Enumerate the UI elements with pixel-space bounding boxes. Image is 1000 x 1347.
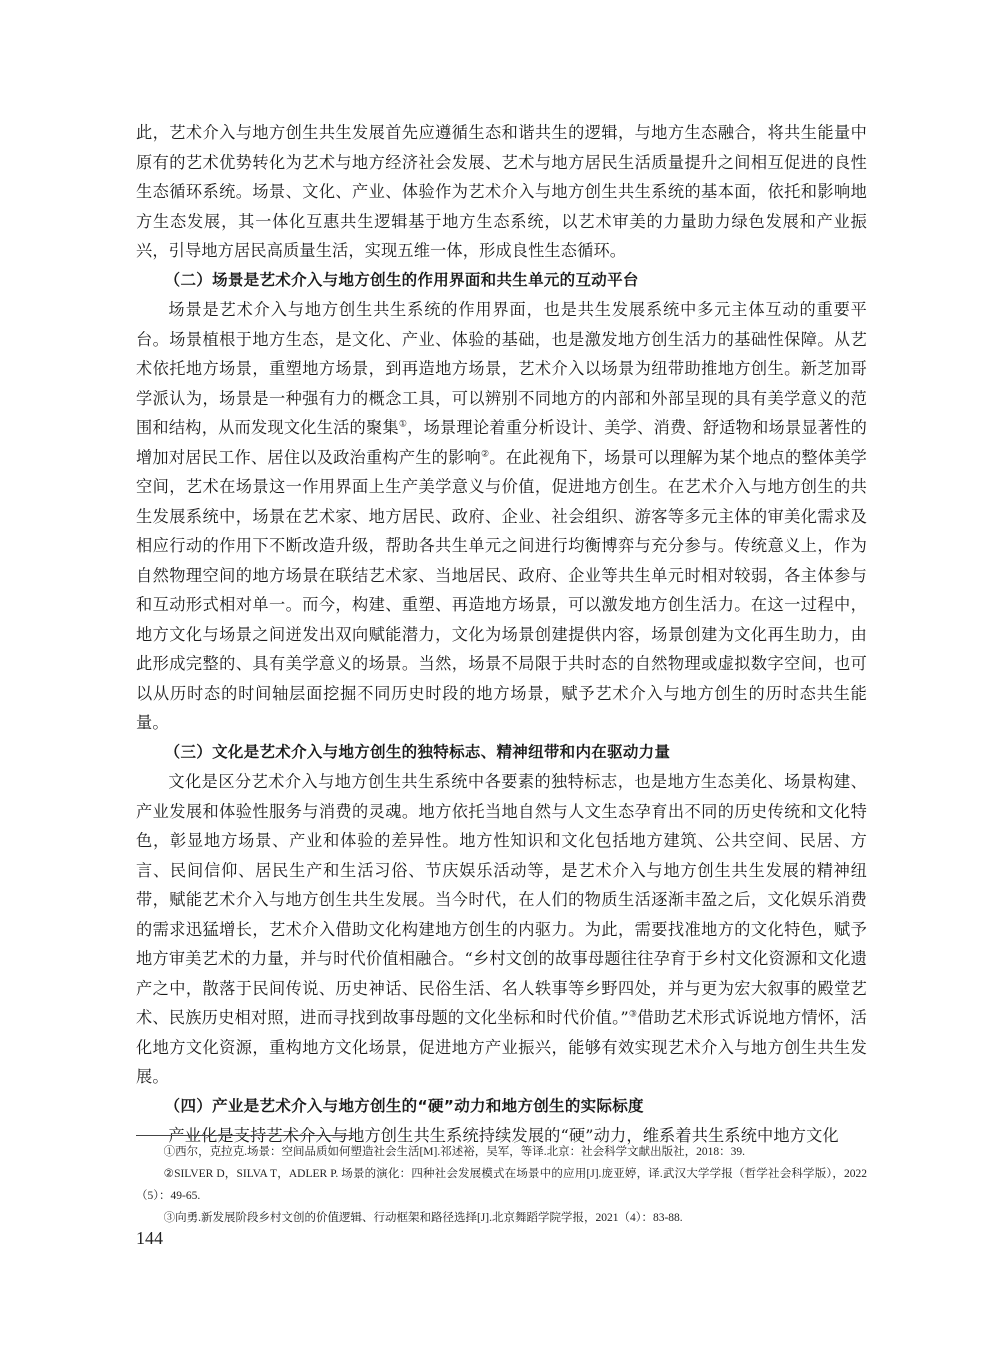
page-body: 此，艺术介入与地方创生共生发展首先应遵循生态和谐共生的逻辑，与地方生态融合，将共…	[136, 118, 867, 1151]
footnote-2: ②SILVER D，SILVA T，ADLER P. 场景的演化：四种社会发展模…	[136, 1163, 867, 1207]
footnote-1: ①西尔，克拉克.场景：空间品质如何塑造社会生活[M].祁述裕，吴军，等译.北京：…	[136, 1141, 867, 1163]
text-span: 。在此视角下，场景可以理解为某个地点的整体美学空间，艺术在场景这一作用界面上生产…	[136, 448, 867, 733]
paragraph-scene: 场景是艺术介入与地方创生共生系统的作用界面，也是共生发展系统中多元主体互动的重要…	[136, 295, 867, 738]
footnote-ref-3[interactable]: ③	[629, 1010, 637, 1020]
section-heading-3: （三）文化是艺术介入与地方创生的独特标志、精神纽带和内在驱动力量	[136, 738, 867, 768]
paragraph-culture: 文化是区分艺术介入与地方创生共生系统中各要素的独特标志，也是地方生态美化、场景构…	[136, 767, 867, 1092]
footnote-divider	[136, 1135, 354, 1136]
footnotes: ①西尔，克拉克.场景：空间品质如何塑造社会生活[M].祁述裕，吴军，等译.北京：…	[136, 1141, 867, 1229]
text-span: 文化是区分艺术介入与地方创生共生系统中各要素的独特标志，也是地方生态美化、场景构…	[136, 772, 867, 1027]
text-span: 场景是艺术介入与地方创生共生系统的作用界面，也是共生发展系统中多元主体互动的重要…	[136, 300, 867, 437]
footnote-ref-1[interactable]: ①	[399, 420, 407, 430]
paragraph-continued: 此，艺术介入与地方创生共生发展首先应遵循生态和谐共生的逻辑，与地方生态融合，将共…	[136, 118, 867, 266]
footnote-3: ③向勇.新发展阶段乡村文创的价值逻辑、行动框架和路径选择[J].北京舞蹈学院学报…	[136, 1207, 867, 1229]
section-heading-2: （二）场景是艺术介入与地方创生的作用界面和共生单元的互动平台	[136, 266, 867, 296]
page-number: 144	[136, 1228, 163, 1249]
section-heading-4: （四）产业是艺术介入与地方创生的“硬”动力和地方创生的实际标度	[136, 1092, 867, 1122]
